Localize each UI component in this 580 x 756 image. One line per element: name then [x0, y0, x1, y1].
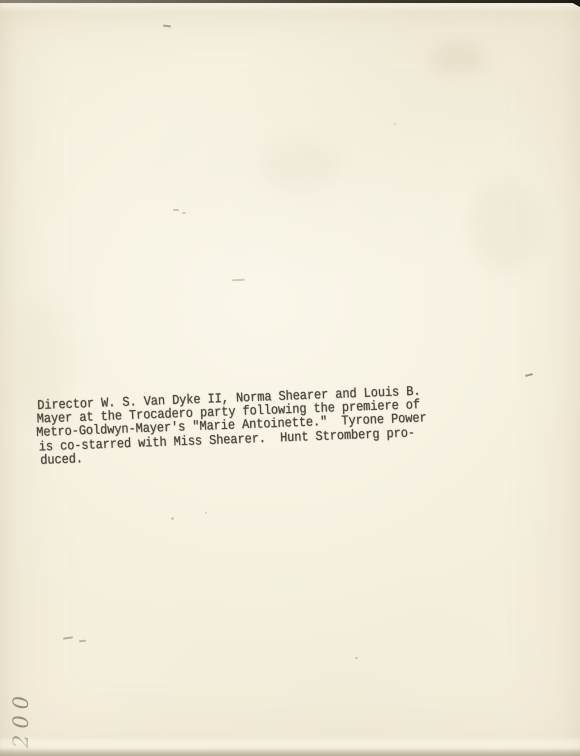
paper-speck	[205, 512, 207, 514]
pencil-dash-mark	[163, 24, 171, 27]
scan-bottom-edge-shadow	[0, 748, 580, 756]
typewritten-caption: Director W. S. Van Dyke II, Norma Sheare…	[37, 384, 428, 467]
pencil-dash-mark	[182, 212, 186, 214]
paper-smudge	[260, 140, 340, 190]
paper-speck	[171, 517, 174, 520]
pencil-dash-mark	[173, 209, 179, 211]
paper-top-sheen	[0, 3, 580, 13]
paper-speck	[394, 123, 396, 125]
pencil-dash-mark	[232, 279, 245, 281]
paper-speck	[355, 657, 358, 659]
scan-top-edge-shadow	[0, 0, 580, 3]
pencil-dash-mark	[79, 640, 86, 643]
pencil-dash-mark	[525, 373, 533, 377]
photo-paper: Director W. S. Van Dyke II, Norma Sheare…	[0, 0, 580, 756]
paper-smudge	[470, 180, 540, 270]
paper-smudge	[430, 42, 485, 74]
photo-back-scan: Director W. S. Van Dyke II, Norma Sheare…	[0, 0, 580, 756]
scan-corner-notch	[567, 0, 580, 7]
pencil-dash-mark	[63, 636, 73, 639]
